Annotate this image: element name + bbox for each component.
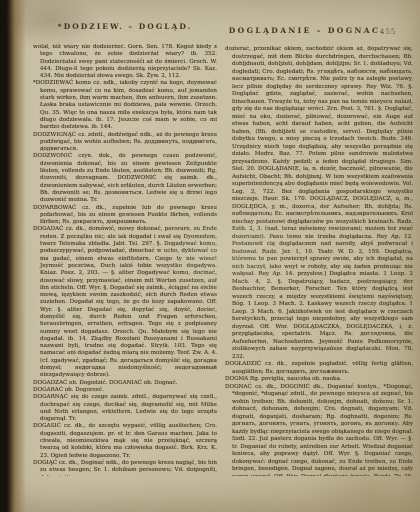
- entry-dognac: DOGNAĆ cz. dk., DOGONIĆ dk., Doganiać ko…: [225, 384, 413, 477]
- entry-dogiac: DOGIĄĆ cz. dk., Doginać ndk., do pewnego…: [33, 460, 217, 476]
- binding-edge: [0, 0, 26, 512]
- entry-dogma: DOGMA Rg. poviglia, nauczka ob. nauka.: [225, 376, 413, 384]
- page-number: 455: [380, 28, 410, 36]
- right-column: dozierać, przenikać okiem, zachodzić oki…: [225, 46, 413, 476]
- entry-dodzwonic: DODZWONIĆ czyn. dok., do pewnego czasu p…: [33, 153, 217, 204]
- entry-dogladzic: DOGŁADZIĆ cz. dk., zupełnie pogładzić, v…: [225, 361, 413, 376]
- entry-dodziewac: *DODZIEWAĆ komu cz. ndk., iakoby czynić …: [33, 80, 217, 131]
- entry-dodzwignac: DODZWIGNĄĆ cz. zdntl., dodźwigać ndk., a…: [33, 132, 217, 154]
- running-head: *DODZIEW. – DOGLĄD. DOGLĄDANIE – DOGNAC.…: [0, 22, 420, 38]
- entry-continuation-dodzierzec: wolał, niż wiary nie dodzierżeć. Gorn. S…: [33, 44, 217, 80]
- entry-continuation-dogladac-dogladanie-dogladacz: dozierać, przenikać okiem, zachodzić oki…: [225, 46, 413, 361]
- left-column: wolał, niż wiary nie dodzierżeć. Gorn. S…: [33, 44, 217, 476]
- book-page-scan: *DODZIEW. – DOGLĄD. DOGLĄDANIE – DOGNAC.…: [0, 0, 420, 512]
- entry-dogadzac-doganiac: DOGADZAĆ ob. Dogodzić. DOGANIAĆ ob. Dogn…: [33, 380, 217, 387]
- entry-dogasic: DOGASIĆ cz. dk., do szczętu wygasić, völ…: [33, 423, 217, 459]
- entry-dogarnac: DOGARNĄĆ się do czego zaimk. zdntl., dog…: [33, 394, 217, 423]
- entry-dofarbowac: DOFARBOWAĆ cz. dk., zupełnie lub do pewn…: [33, 205, 217, 227]
- right-column-header: DOGLĄDANIE – DOGNAC.: [228, 26, 386, 35]
- left-column-header: *DODZIEW. – DOGLĄD.: [33, 22, 217, 31]
- entry-dogadac: DOGADAĆ cz. dk., domówić, mowy dokonać, …: [33, 226, 217, 379]
